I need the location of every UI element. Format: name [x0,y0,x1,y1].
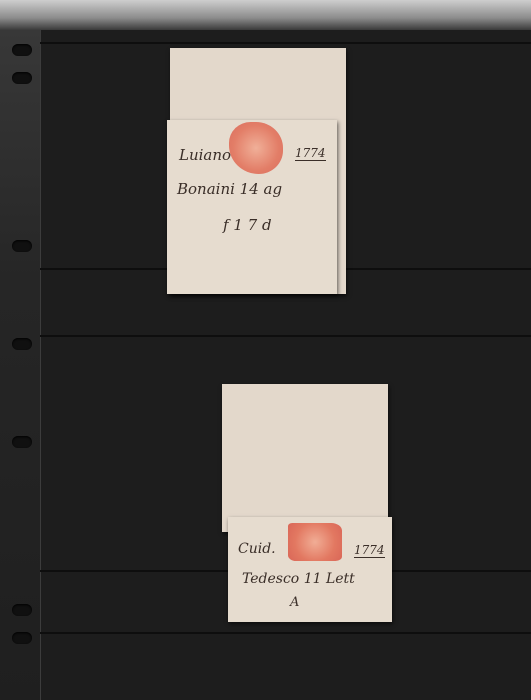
handwriting: Cuid. [238,541,276,557]
wax-seal [288,523,342,561]
handwriting: Bonaini 14 ag [177,180,282,198]
mount-strip [40,632,531,634]
handwriting-year: 1774 [295,146,326,161]
letter-bottom: Cuid. 1774 Tedesco 11 Lett A [228,517,392,622]
binder-hole [12,604,32,616]
album-page: Luiano 1774 Bonaini 14 ag f 1 7 d Cuid. … [0,0,531,700]
sleeve-glare [0,0,531,30]
letter-top: Luiano 1774 Bonaini 14 ag f 1 7 d [167,120,337,294]
handwriting: f 1 7 d [223,216,272,234]
handwriting: Luiano [179,146,231,164]
handwriting: Tedesco 11 Lett [242,571,355,587]
binder-hole [12,240,32,252]
binder-hole [12,436,32,448]
binder-hole [12,338,32,350]
mount-strip [40,335,531,337]
wax-seal [229,122,283,174]
binder-hole [12,632,32,644]
handwriting-year: 1774 [354,543,385,558]
letter-bottom-back [222,384,388,532]
mount-strip [40,42,531,44]
binder-hole [12,72,32,84]
handwriting: A [290,595,299,610]
binder-hole [12,44,32,56]
